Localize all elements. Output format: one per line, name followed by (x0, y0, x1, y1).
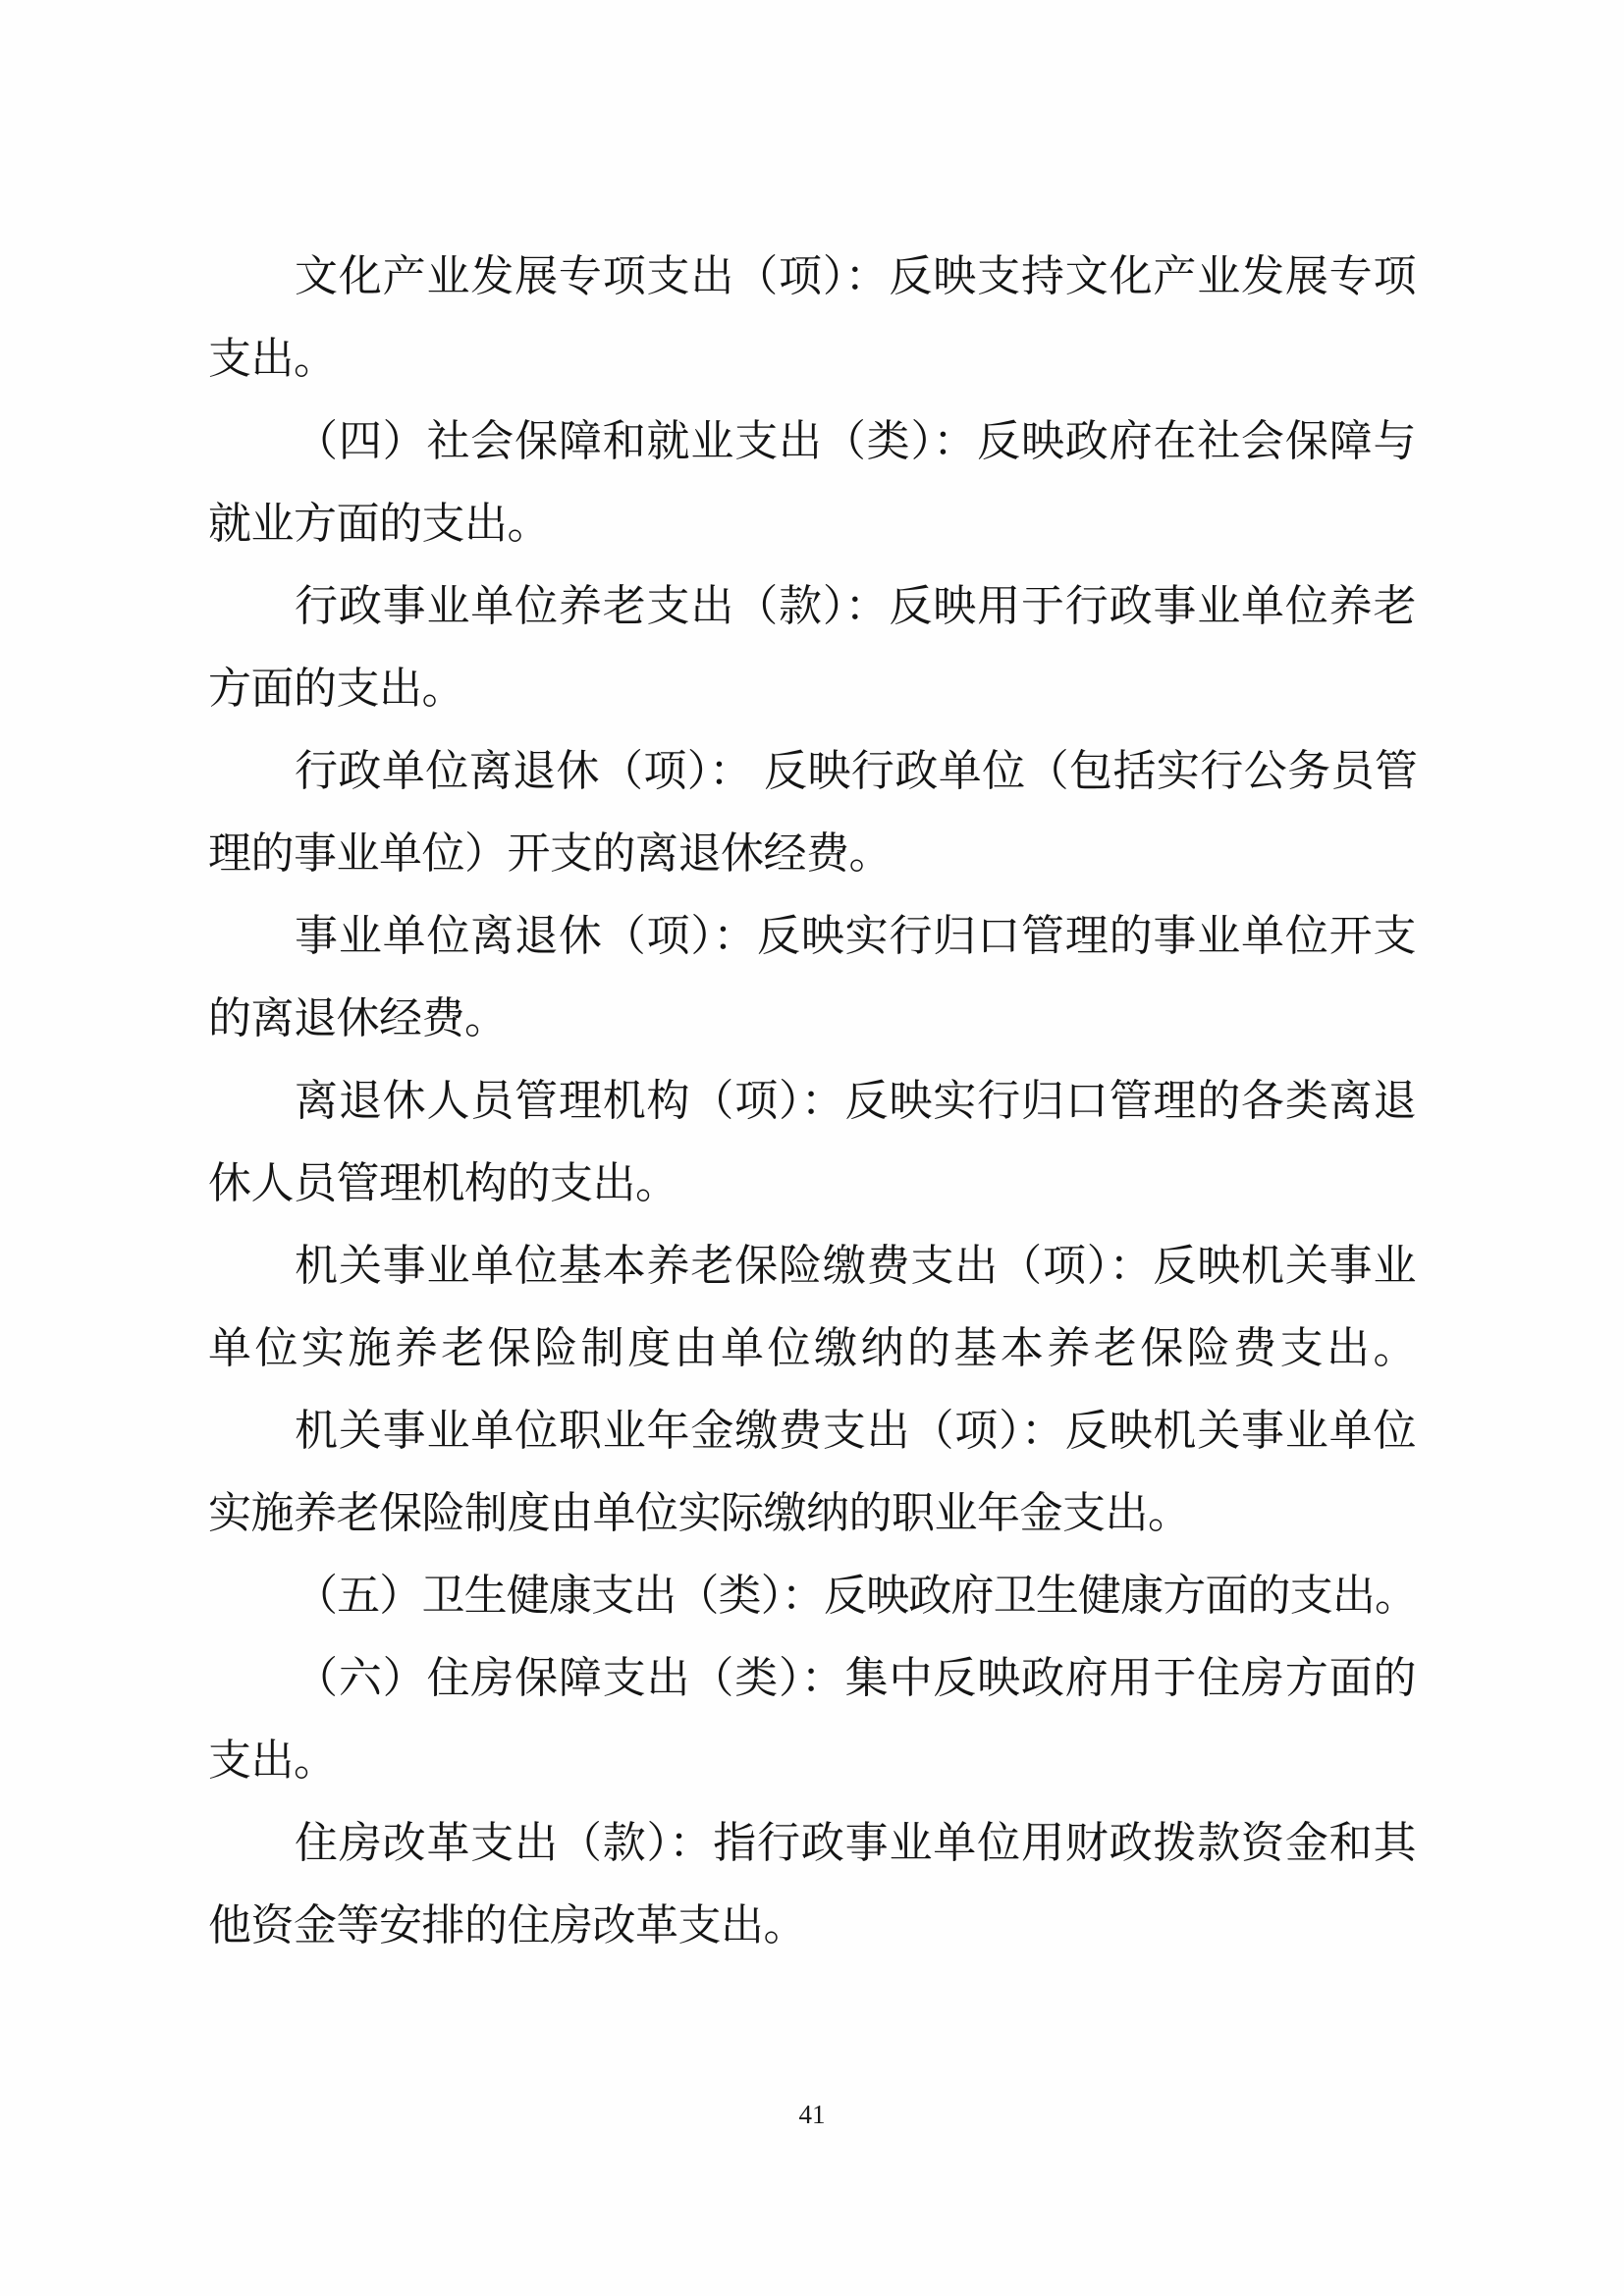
text-line: 就业方面的支出。 (208, 483, 1416, 565)
text-line: 的离退休经费。 (208, 978, 1416, 1060)
text-line: 支出。 (208, 1720, 1416, 1802)
text-line: 住房改革支出（款）：指行政事业单位用财政拨款资金和其 (208, 1802, 1416, 1885)
paragraph: 文化产业发展专项支出（项）：反映支持文化产业发展专项 支出。 (208, 236, 1416, 400)
paragraph: （五）卫生健康支出（类）：反映政府卫生健康方面的支出。 (208, 1555, 1416, 1637)
text-line: 休人员管理机构的支出。 (208, 1143, 1416, 1225)
text-line: 理的事业单位）开支的离退休经费。 (208, 813, 1416, 895)
page-footer: 41 (0, 2099, 1624, 2130)
text-line: 实施养老保险制度由单位实际缴纳的职业年金支出。 (208, 1472, 1416, 1555)
paragraph: （六）住房保障支出（类）：集中反映政府用于住房方面的 支出。 (208, 1637, 1416, 1802)
text-line: 方面的支出。 (208, 648, 1416, 730)
paragraph: （四）社会保障和就业支出（类）：反映政府在社会保障与 就业方面的支出。 (208, 400, 1416, 565)
text-line: （五）卫生健康支出（类）：反映政府卫生健康方面的支出。 (208, 1555, 1416, 1637)
text-line: 事业单位离退休（项）：反映实行归口管理的事业单位开支 (208, 895, 1416, 978)
text-line: 离退休人员管理机构（项）：反映实行归口管理的各类离退 (208, 1060, 1416, 1143)
paragraph: 行政单位离退休（项）： 反映行政单位（包括实行公务员管 理的事业单位）开支的离退… (208, 730, 1416, 895)
paragraph: 住房改革支出（款）：指行政事业单位用财政拨款资金和其 他资金等安排的住房改革支出… (208, 1802, 1416, 1967)
paragraph: 机关事业单位基本养老保险缴费支出（项）：反映机关事业 单位实施养老保险制度由单位… (208, 1225, 1416, 1390)
paragraph: 事业单位离退休（项）：反映实行归口管理的事业单位开支 的离退休经费。 (208, 895, 1416, 1060)
text-line: 机关事业单位职业年金缴费支出（项）：反映机关事业单位 (208, 1390, 1416, 1472)
text-line: （六）住房保障支出（类）：集中反映政府用于住房方面的 (208, 1637, 1416, 1720)
paragraph: 机关事业单位职业年金缴费支出（项）：反映机关事业单位 实施养老保险制度由单位实际… (208, 1390, 1416, 1555)
text-line: 文化产业发展专项支出（项）：反映支持文化产业发展专项 (208, 236, 1416, 318)
text-line: 他资金等安排的住房改革支出。 (208, 1885, 1416, 1967)
text-line: （四）社会保障和就业支出（类）：反映政府在社会保障与 (208, 400, 1416, 483)
paragraph: 离退休人员管理机构（项）：反映实行归口管理的各类离退 休人员管理机构的支出。 (208, 1060, 1416, 1225)
paragraph: 行政事业单位养老支出（款）：反映用于行政事业单位养老 方面的支出。 (208, 565, 1416, 730)
text-line: 支出。 (208, 318, 1416, 400)
document-body: 文化产业发展专项支出（项）：反映支持文化产业发展专项 支出。 （四）社会保障和就… (208, 236, 1416, 1967)
page-number: 41 (799, 2100, 826, 2129)
text-line: 单位实施养老保险制度由单位缴纳的基本养老保险费支出。 (208, 1308, 1416, 1390)
text-line: 机关事业单位基本养老保险缴费支出（项）：反映机关事业 (208, 1225, 1416, 1308)
text-line: 行政事业单位养老支出（款）：反映用于行政事业单位养老 (208, 565, 1416, 648)
text-line: 行政单位离退休（项）： 反映行政单位（包括实行公务员管 (208, 730, 1416, 813)
document-page: 文化产业发展专项支出（项）：反映支持文化产业发展专项 支出。 （四）社会保障和就… (0, 0, 1624, 2296)
